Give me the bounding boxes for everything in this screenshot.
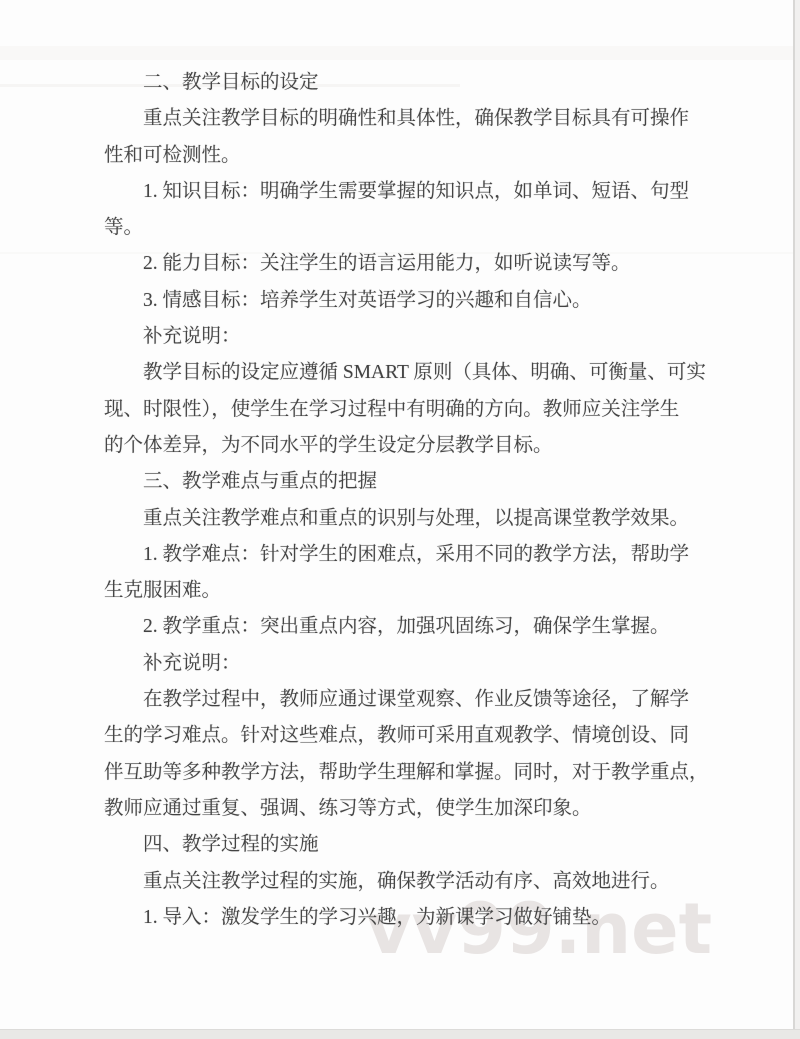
text-line: 的个体差异，为不同水平的学生设定分层教学目标。 bbox=[104, 428, 704, 464]
text-line: 三、教学难点与重点的把握 bbox=[104, 464, 704, 500]
text-line: 1. 导入：激发学生的学习兴趣，为新课学习做好铺垫。 bbox=[104, 900, 704, 936]
document-text-block: 二、教学目标的设定重点关注教学目标的明确性和具体性，确保教学目标具有可操作性和可… bbox=[104, 65, 704, 936]
text-line: 补充说明： bbox=[104, 319, 704, 355]
text-line: 3. 情感目标：培养学生对英语学习的兴趣和自信心。 bbox=[104, 283, 704, 319]
page-bottom-margin bbox=[0, 1029, 800, 1039]
page-right-margin bbox=[795, 0, 800, 1029]
text-line: 重点关注教学难点和重点的识别与处理，以提高课堂教学效果。 bbox=[104, 501, 704, 537]
text-line: 在教学过程中，教师应通过课堂观察、作业反馈等途径，了解学 bbox=[104, 682, 704, 718]
scanned-document-canvas: vv99.net 二、教学目标的设定重点关注教学目标的明确性和具体性，确保教学目… bbox=[0, 0, 800, 1039]
text-line: 二、教学目标的设定 bbox=[104, 65, 704, 101]
text-line: 教师应通过重复、强调、练习等方式，使学生加深印象。 bbox=[104, 791, 704, 827]
document-page: vv99.net 二、教学目标的设定重点关注教学目标的明确性和具体性，确保教学目… bbox=[0, 0, 793, 1029]
text-line: 等。 bbox=[104, 210, 704, 246]
text-line: 伴互助等多种教学方法，帮助学生理解和掌握。同时，对于教学重点， bbox=[104, 755, 704, 791]
text-line: 1. 知识目标：明确学生需要掌握的知识点，如单词、短语、句型 bbox=[104, 174, 704, 210]
scan-streak bbox=[0, 46, 793, 60]
text-line: 现、时限性），使学生在学习过程中有明确的方向。教师应关注学生 bbox=[104, 392, 704, 428]
text-line: 生克服困难。 bbox=[104, 573, 704, 609]
text-line: 2. 教学重点：突出重点内容，加强巩固练习，确保学生掌握。 bbox=[104, 609, 704, 645]
text-line: 四、教学过程的实施 bbox=[104, 827, 704, 863]
text-line: 重点关注教学目标的明确性和具体性，确保教学目标具有可操作 bbox=[104, 101, 704, 137]
text-line: 2. 能力目标：关注学生的语言运用能力，如听说读写等。 bbox=[104, 246, 704, 282]
text-line: 生的学习难点。针对这些难点，教师可采用直观教学、情境创设、同 bbox=[104, 718, 704, 754]
text-line: 性和可检测性。 bbox=[104, 138, 704, 174]
text-line: 1. 教学难点：针对学生的困难点，采用不同的教学方法，帮助学 bbox=[104, 537, 704, 573]
text-line: 补充说明： bbox=[104, 646, 704, 682]
text-line: 教学目标的设定应遵循 SMART 原则（具体、明确、可衡量、可实 bbox=[104, 355, 704, 391]
text-line: 重点关注教学过程的实施，确保教学活动有序、高效地进行。 bbox=[104, 864, 704, 900]
